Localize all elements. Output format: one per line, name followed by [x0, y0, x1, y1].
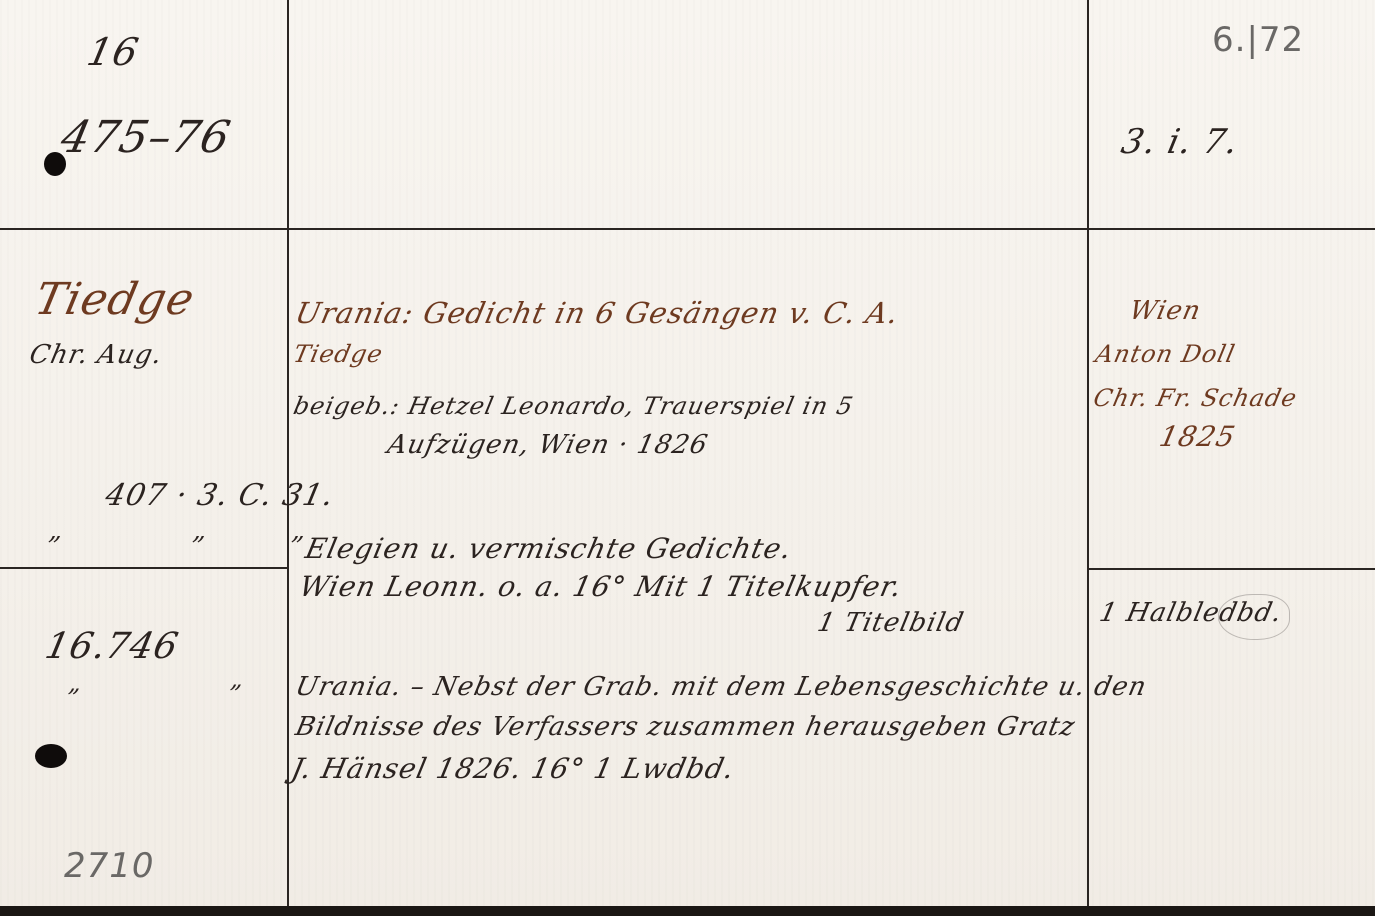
- entry2-ref-number: 407 · 3. C. 31.: [102, 478, 337, 513]
- author-forenames: Chr. Aug.: [27, 340, 166, 370]
- entry3-line2: Bildnisse des Verfassers zusammen heraus…: [293, 712, 1078, 742]
- row-divider-left-lower: [0, 567, 288, 569]
- entry3-ditto-2: ”: [225, 680, 244, 708]
- entry1-note-line1: beigeb.: Hetzel Leonardo, Trauerspiel in…: [291, 392, 856, 420]
- archive-reference: 6.|72: [1212, 20, 1304, 60]
- pencil-number: 2710: [64, 846, 155, 886]
- ink-blot-top: [44, 152, 66, 176]
- entry2-title-line3: 1 Titelbild: [815, 608, 967, 638]
- entry1-note-line2: Aufzügen, Wien · 1826: [385, 430, 711, 460]
- entry1-publisher-line2: Anton Doll: [1093, 340, 1238, 368]
- author-surname: Tiedge: [31, 274, 200, 325]
- entry1-title-line1: Urania: Gedicht in 6 Gesängen v. C. A.: [292, 296, 902, 330]
- entry1-publisher-line1: Wien: [1127, 296, 1204, 326]
- ink-blot-bottom: [35, 744, 67, 768]
- column-divider-right: [1087, 0, 1089, 906]
- catalog-number: 16: [83, 30, 143, 74]
- entry1-title-line2: Tiedge: [291, 340, 386, 368]
- entry3-ref-number: 16.746: [42, 626, 183, 667]
- entry2-ditto-1: ”: [43, 532, 64, 562]
- row-divider-right-lower: [1088, 568, 1375, 570]
- entry2-ditto-2: ”: [187, 532, 208, 562]
- column-divider-left: [287, 0, 289, 906]
- library-stamp: [1218, 594, 1290, 640]
- entry3-line3: J. Hänsel 1826. 16° 1 Lwdbd.: [288, 752, 737, 785]
- shelf-mark: 3. i. 7.: [1118, 122, 1243, 162]
- entry3-ditto-1: ”: [63, 684, 82, 712]
- entry1-year: 1825: [1156, 420, 1238, 453]
- entry2-title-line1: Elegien u. vermischte Gedichte.: [302, 532, 795, 565]
- entry2-title-line2: Wien Leonn. o. a. 16° Mit 1 Titelkupfer.: [296, 570, 905, 603]
- library-catalog-card: 16 475–76 6.|72 3. i. 7. Tiedge Chr. Aug…: [0, 0, 1375, 916]
- row-divider-top: [0, 228, 1375, 230]
- card-bottom-edge: [0, 906, 1375, 916]
- call-number: 475–76: [57, 112, 236, 163]
- entry1-publisher-line3: Chr. Fr. Schade: [1091, 384, 1300, 412]
- entry3-line1: Urania. – Nebst der Grab. mit dem Lebens…: [293, 672, 1150, 702]
